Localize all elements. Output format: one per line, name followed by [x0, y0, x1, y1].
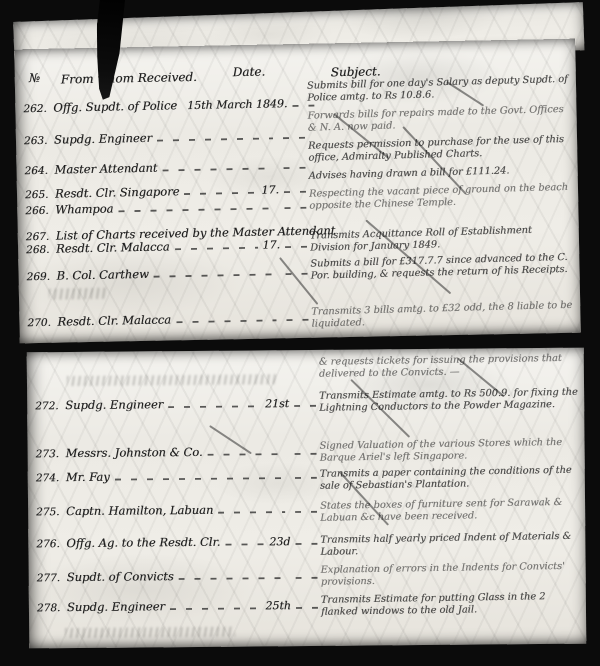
entry-number: 269.	[26, 271, 56, 284]
entry-number: 272.	[35, 400, 65, 412]
ledger-row: 273. Messrs. Johnston & Co.	[36, 444, 322, 460]
entry-from: Supdg. Engineer	[54, 131, 152, 147]
subject-text: Transmits Acquittance Roll of Establishm…	[310, 224, 573, 255]
ledger-row: 263. Supdg. Engineer	[24, 128, 310, 147]
ink-smudge	[65, 627, 235, 638]
dash-leader	[208, 452, 285, 456]
dash-leader	[170, 606, 260, 610]
entry-date: 25th	[265, 599, 291, 612]
ledger-row: 274. Mr. Fay	[36, 468, 322, 484]
dash-leader	[295, 452, 317, 455]
dash-leader	[168, 404, 260, 408]
ledger-row: 275. Captn. Hamilton, Labuan	[36, 502, 322, 518]
subject-text: Transmits half yearly priced Indent of M…	[320, 531, 582, 559]
ledger-row: 266. Whampoa	[25, 198, 311, 217]
dash-leader	[118, 206, 274, 212]
dash-leader	[176, 318, 276, 323]
entry-number: 277.	[37, 572, 67, 584]
dash-leader	[225, 542, 264, 545]
ledger-row: 269. B. Col. Carthew	[26, 264, 312, 283]
dash-leader	[295, 476, 317, 479]
column-header-number: №	[29, 71, 41, 85]
entry-from: Mr. Fay	[66, 470, 110, 484]
ledger-row: 262. Offg. Supdt. of Police 15th March 1…	[23, 96, 309, 115]
ledger-row: 276. Offg. Ag. to the Resdt. Clr. 23d	[36, 534, 322, 550]
entry-number: 274.	[36, 472, 66, 484]
dash-leader	[218, 510, 285, 514]
entry-from: Supdg. Engineer	[67, 599, 165, 614]
entry-number: 275.	[36, 506, 66, 518]
subject-text: Requests permission to purchase for the …	[308, 134, 571, 165]
entry-number: 263.	[24, 135, 54, 148]
dash-leader	[286, 318, 308, 321]
subject-text: Signed Valuation of the various Stores w…	[319, 437, 581, 465]
dash-leader	[283, 136, 305, 139]
subject-text: Submits a bill for £317.7.7 since advanc…	[310, 252, 573, 283]
entry-number: 264.	[24, 165, 54, 178]
entry-from: Offg. Supdt. of Police	[53, 98, 177, 114]
entry-date: 23d	[269, 535, 290, 548]
dash-leader	[294, 404, 316, 407]
entry-number: 262.	[23, 103, 53, 116]
dash-leader	[184, 191, 256, 195]
subject-text: Respecting the vacant piece of ground on…	[309, 182, 572, 213]
column-header-subject: Subject.	[331, 64, 381, 79]
entry-date: 17.	[261, 183, 279, 196]
entry-number: 278.	[37, 602, 67, 614]
ledger-row: 272. Supdg. Engineer 21st	[35, 396, 321, 412]
entry-number: 270.	[27, 317, 57, 330]
dash-leader	[284, 166, 306, 169]
entry-from: Offg. Ag. to the Resdt. Clr.	[66, 535, 220, 550]
entry-from: Supdg. Engineer	[65, 397, 163, 412]
subject-text: Transmits 3 bills amtg. to £32 odd, the …	[311, 300, 574, 331]
entry-from: Resdt. Clr. Malacca	[56, 239, 170, 255]
dash-leader	[162, 166, 273, 171]
entry-from: Supdt. of Convicts	[67, 569, 174, 584]
subject-text: Transmits Estimate amtg. to Rs 500.9. fo…	[319, 387, 581, 415]
scanned-document-photo: № From whom Received. Date. Subject. 262…	[0, 0, 600, 666]
entry-from: Master Attendant	[54, 161, 157, 177]
dash-leader	[296, 606, 318, 609]
entry-number: 266.	[25, 205, 55, 218]
subject-text: Transmits a paper containing the conditi…	[320, 465, 582, 493]
dash-leader	[284, 190, 306, 193]
dash-leader	[285, 245, 307, 248]
dash-leader	[296, 576, 318, 579]
column-header-from: From whom Received.	[61, 70, 197, 87]
ledger-row: 264. Master Attendant	[24, 158, 310, 177]
subject-text: Forwards bills for repairs made to the G…	[307, 104, 570, 135]
subject-continuation: & requests tickets for issuing the provi…	[319, 353, 581, 381]
entry-number: 268.	[26, 244, 56, 257]
entry-number: 276.	[36, 538, 66, 550]
dash-leader	[115, 476, 285, 480]
register-page-lower: & requests tickets for issuing the provi…	[27, 348, 587, 649]
dash-leader	[179, 576, 286, 580]
subject-text: Explanation of errors in the Indents for…	[321, 561, 583, 589]
dash-leader	[175, 246, 258, 251]
entry-from: B. Col. Carthew	[56, 267, 149, 283]
entry-from: Resdt. Clr. Malacca	[57, 312, 171, 328]
entry-from: Captn. Hamilton, Labuan	[66, 503, 213, 518]
subject-text: States the boxes of furniture sent for S…	[320, 497, 582, 525]
ledger-row: 277. Supdt. of Convicts	[37, 568, 323, 584]
column-header-date: Date.	[233, 65, 266, 80]
ink-smudge	[49, 288, 107, 300]
subject-text: Transmits Estimate for putting Glass in …	[321, 591, 583, 619]
ledger-row: 270. Resdt. Clr. Malacca	[27, 310, 313, 329]
entry-number: 273.	[36, 448, 66, 460]
entry-from: Messrs. Johnston & Co.	[66, 445, 203, 460]
dash-leader	[284, 206, 306, 209]
entry-date: 15th March 1849.	[187, 97, 288, 112]
ledger-row: 278. Supdg. Engineer 25th	[37, 598, 323, 614]
ink-smudge	[67, 374, 277, 386]
entry-from: Resdt. Clr. Singapore	[55, 184, 180, 200]
dash-leader	[157, 136, 273, 141]
entry-date: 21st	[265, 397, 289, 410]
entry-number: 265.	[25, 189, 55, 202]
dash-leader	[286, 272, 308, 275]
entry-date: 17.	[262, 238, 280, 251]
dash-leader	[295, 542, 317, 545]
dash-leader	[154, 272, 276, 277]
entry-from: Whampoa	[55, 202, 113, 217]
dash-leader	[295, 510, 317, 513]
